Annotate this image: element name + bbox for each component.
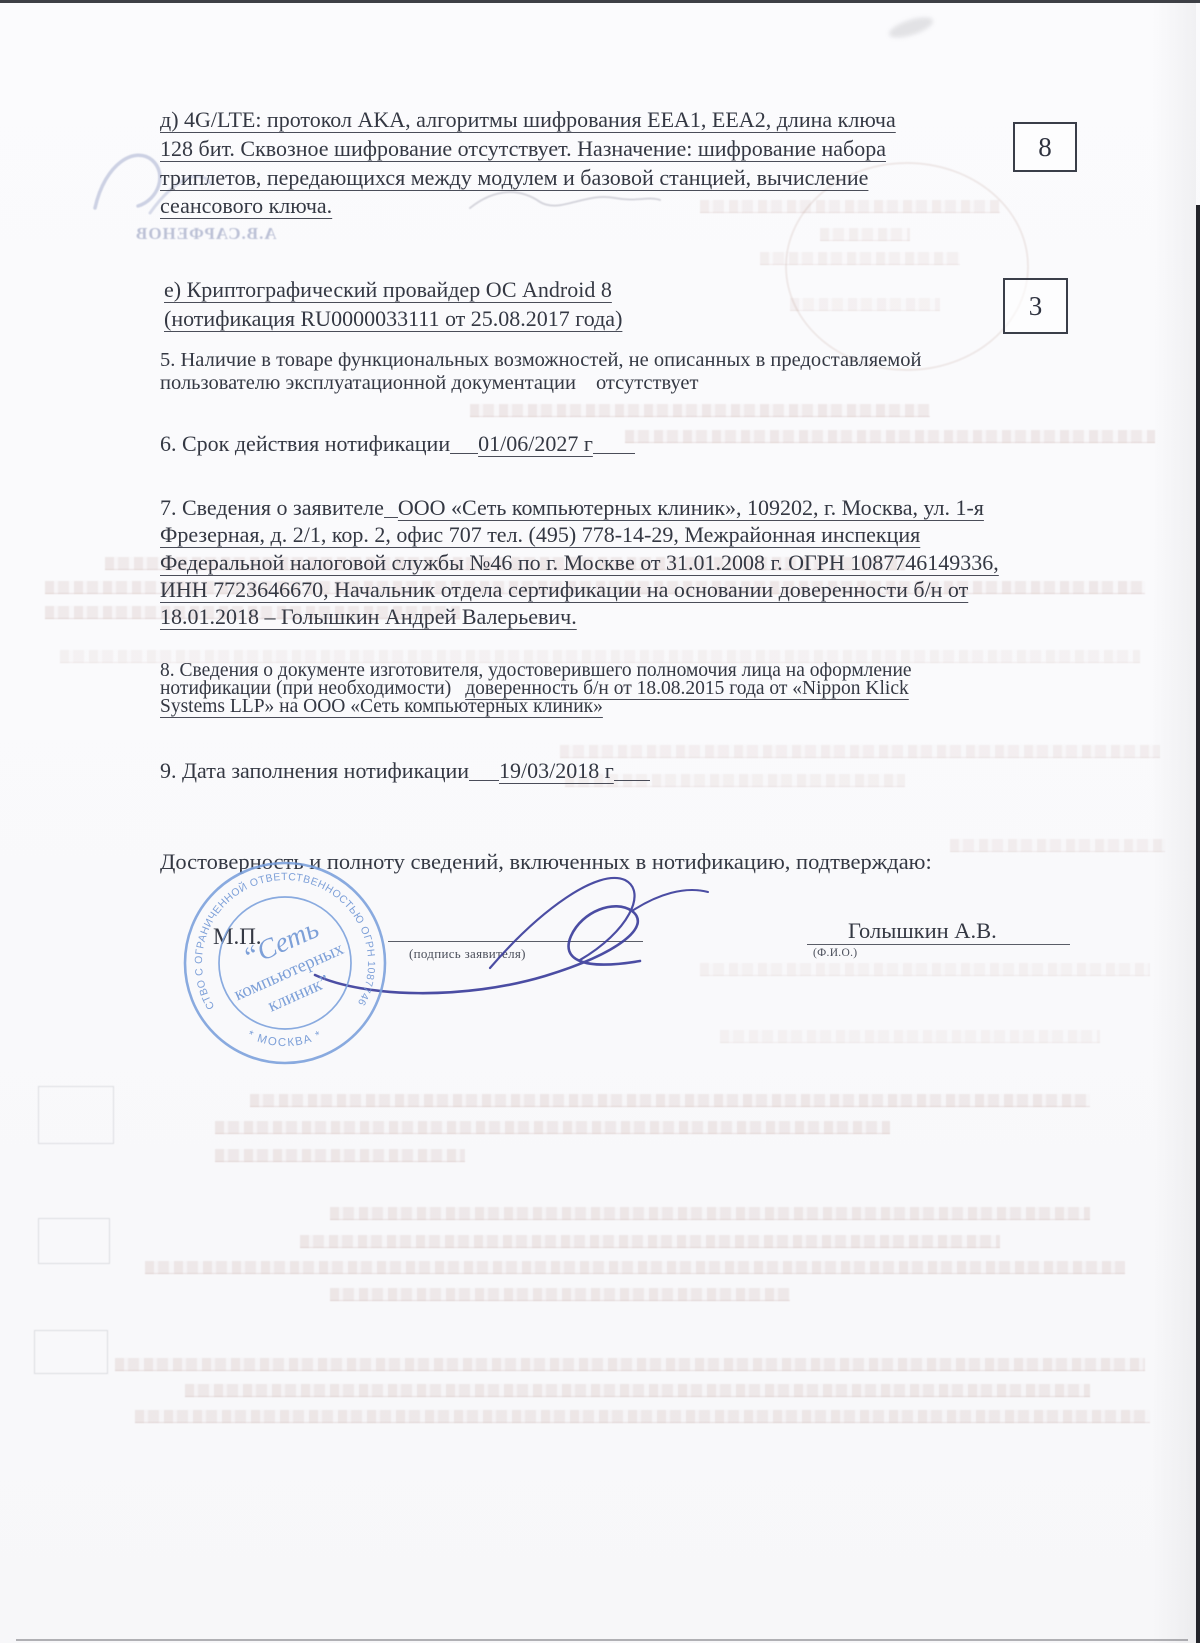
bleedthrough-row <box>560 745 1160 758</box>
bleedthrough-row <box>215 1121 890 1134</box>
svg-text:* МОСКВА *: * МОСКВА * <box>246 1029 325 1049</box>
fio-caption: (Ф.И.О.) <box>813 947 857 959</box>
bleedthrough-row <box>790 298 940 311</box>
scan-edge-top <box>0 0 1200 3</box>
bleedthrough-number-box <box>34 1330 108 1374</box>
bleedthrough-row <box>215 1149 465 1162</box>
item-7-value-line4: ИНН 7723646670, Начальник отдела сертифи… <box>160 577 968 602</box>
scan-edge-right <box>1196 205 1200 1643</box>
scan-edge-shadow <box>1152 0 1196 1643</box>
bleedthrough-row <box>470 404 930 417</box>
item-d-line1: д) 4G/LTE: протокол AKA, алгоритмы шифро… <box>160 107 896 132</box>
page-number-8: 8 <box>1038 132 1052 163</box>
bleedthrough-row <box>820 228 910 241</box>
bleedthrough-row <box>115 1358 1145 1371</box>
bleedthrough-row <box>330 1288 790 1301</box>
item-5-line1: 5. Наличие в товаре функциональных возмо… <box>160 349 921 372</box>
bleedthrough-number-box <box>38 1086 114 1144</box>
bleedthrough-smudge <box>887 13 935 41</box>
notification-item-6: 6. Срок действия нотификации01/06/2027 г <box>160 428 635 457</box>
item-8-value-line2: Systems LLP» на ООО «Сеть компьютерных к… <box>160 696 603 717</box>
seal-bottom-text: * МОСКВА * <box>246 1029 325 1049</box>
item-d-line2: 128 бит. Сквозное шифрование отсутствует… <box>160 136 886 161</box>
item-9-value: 19/03/2018 г <box>499 758 614 783</box>
notification-item-9: 9. Дата заполнения нотификации19/03/2018… <box>160 755 650 784</box>
bleedthrough-row <box>760 252 960 265</box>
bleedthrough-row <box>720 1030 1100 1043</box>
item-d-line3: триплетов, передающихся между модулем и … <box>160 165 868 190</box>
item-9-blank-trail <box>614 758 650 781</box>
item-d-line4: сеансового ключа. <box>160 193 332 218</box>
bleedthrough-row <box>625 430 1155 443</box>
scanned-notification-document: А.В.САРФЕНОВ д) 4G/LTE: протокол AKA, ал… <box>0 0 1200 1643</box>
item-e-line2: (нотификация RU0000033111 от 25.08.2017 … <box>164 306 622 331</box>
item-7-label: 7. Сведения о заявителе <box>160 495 384 520</box>
notification-item-8: 8. Сведения о документе изготовителя, уд… <box>160 662 912 715</box>
bleedthrough-row <box>700 963 1150 976</box>
bleedthrough-mirrored-name: А.В.САРФЕНОВ <box>135 224 277 244</box>
bleedthrough-row <box>950 839 1165 852</box>
bleedthrough-row <box>145 1261 1125 1274</box>
item-e-line1: е) Криптографический провайдер ОС Androi… <box>164 277 612 302</box>
item-5-value: отсутствует <box>596 372 699 394</box>
page-number-box-3: 3 <box>1003 278 1068 334</box>
item-6-blank-lead <box>450 431 478 454</box>
notification-item-7: 7. Сведения о заявителеООО «Сеть компьют… <box>160 492 999 630</box>
fio-line <box>807 944 1070 945</box>
item-7-value-line1: ООО «Сеть компьютерных клиник», 109202, … <box>398 495 984 520</box>
item-5-label: пользователю эксплуатационной документац… <box>160 372 576 394</box>
item-9-label: 9. Дата заполнения нотификации <box>160 758 469 783</box>
bleedthrough-number-box <box>38 1218 110 1264</box>
item-6-blank-trail <box>593 431 635 454</box>
page-number-3: 3 <box>1029 291 1043 322</box>
bleedthrough-row <box>330 1207 1090 1220</box>
scan-edge-bottom <box>16 1639 1188 1641</box>
notification-item-5: 5. Наличие в товаре функциональных возмо… <box>160 349 921 394</box>
item-7-value-line3: Федеральной налоговой службы №46 по г. М… <box>160 550 999 575</box>
notification-item-e: е) Криптографический провайдер ОС Androi… <box>164 276 622 333</box>
fio-value: Голышкин А.В. <box>848 918 997 944</box>
bleedthrough-row <box>135 1410 1150 1423</box>
item-6-value: 01/06/2027 г <box>478 431 593 456</box>
item-6-label: 6. Срок действия нотификации <box>160 431 450 456</box>
item-9-blank-lead <box>469 758 499 781</box>
company-seal: ОБЩЕСТВО С ОГРАНИЧЕННОЙ ОТВЕТСТВЕННОСТЬЮ… <box>170 848 400 1078</box>
item-7-value-line2: Фрезерная, д. 2/1, кор. 2, офис 707 тел.… <box>160 522 920 547</box>
item-7-value-line5: 18.01.2018 – Голышкин Андрей Валерьевич. <box>160 604 577 629</box>
page-number-box-8: 8 <box>1013 122 1077 172</box>
notification-item-d: д) 4G/LTE: протокол AKA, алгоритмы шифро… <box>160 106 896 221</box>
item-7-blank <box>384 495 398 518</box>
bleedthrough-row <box>185 1384 1090 1397</box>
bleedthrough-row <box>300 1235 1000 1248</box>
bleedthrough-row <box>250 1094 1090 1107</box>
